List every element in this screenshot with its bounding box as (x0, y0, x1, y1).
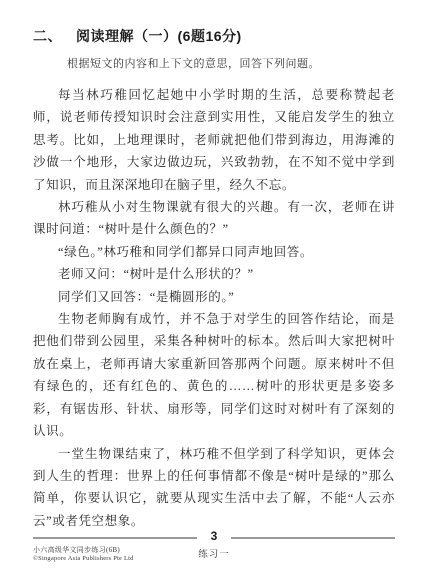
section-instructions: 根据短文的内容和上下文的意思，回答下列问题。 (67, 55, 395, 71)
passage-paragraph: 林巧稚从小对生物课就有很大的兴趣。有一次，老师在讲课时问道：“树叶是什么颜色的？… (33, 196, 395, 241)
section-number: 二、 (33, 26, 62, 46)
section-heading: 二、 阅读理解（一）(6题16分) (33, 26, 395, 46)
passage-paragraph: 老师又问：“树叶是什么形状的？” (33, 263, 395, 285)
section-title: 阅读理解（一）(6题16分) (76, 26, 242, 46)
footer-publisher-block: 小六高级华文同步练习(6B) ©Singapore Asia Publisher… (33, 546, 134, 564)
footer-rule: 3 (33, 530, 395, 546)
worksheet-page: 二、 阅读理解（一）(6题16分) 根据短文的内容和上下文的意思，回答下列问题。… (0, 0, 428, 585)
passage-paragraph: “绿色。”林巧稚和同学们都异口同声地回答。 (33, 241, 395, 263)
passage-paragraph: 生物老师胸有成竹，并不急于对学生的回答作结论，而是把他们带到公园里，采集各种树叶… (33, 308, 395, 442)
page-number: 3 (197, 529, 232, 543)
footer-rule-right (231, 537, 395, 539)
reading-passage: 每当林巧稚回忆起她中小学时期的生活，总要称赞起老师，说老师传授知识时会注意到实用… (33, 84, 395, 532)
page-content: 二、 阅读理解（一）(6题16分) 根据短文的内容和上下文的意思，回答下列问题。… (0, 0, 428, 532)
page-footer: 3 练习一 小六高级华文同步练习(6B) ©Singapore Asia Pub… (33, 530, 395, 560)
book-title: 小六高级华文同步练习(6B) (33, 546, 134, 555)
copyright-notice: ©Singapore Asia Publishers Pte Ltd (33, 555, 134, 564)
passage-paragraph: 同学们又回答：“是椭圆形的。” (33, 286, 395, 308)
footer-rule-left (33, 537, 197, 539)
passage-paragraph: 每当林巧稚回忆起她中小学时期的生活，总要称赞起老师，说老师传授知识时会注意到实用… (33, 84, 395, 196)
passage-paragraph: 一堂生物课结束了，林巧稚不但学到了科学知识，更体会到人生的哲理：世界上的任何事情… (33, 443, 395, 533)
